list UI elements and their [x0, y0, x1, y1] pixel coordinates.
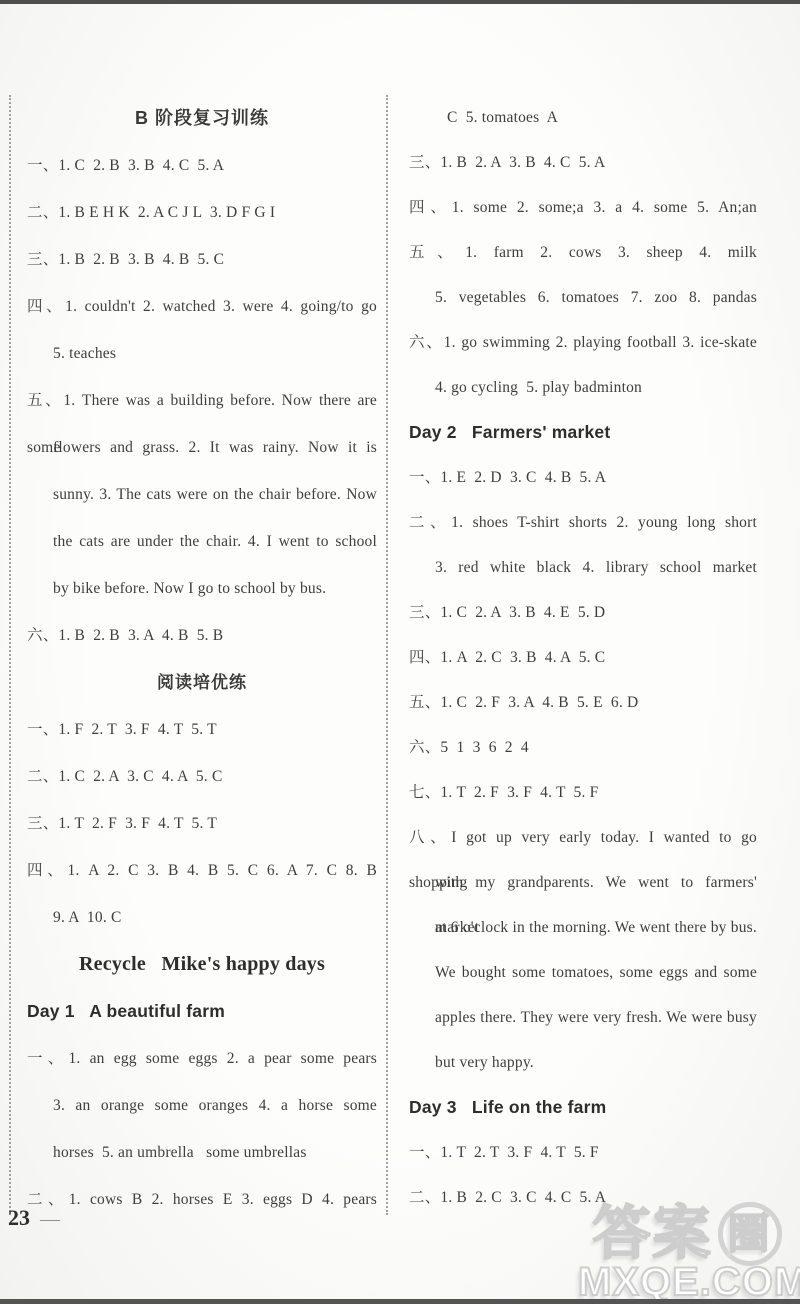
answer-line: 四、1. A 2. C 3. B 4. A 5. C — [409, 635, 757, 680]
answer-line: 三、1. B 2. B 3. B 4. B 5. C — [27, 236, 377, 283]
answer-line: 三、1. T 2. F 3. F 4. T 5. T — [27, 800, 377, 847]
answer-line: 3. an orange some oranges 4. a horse som… — [27, 1082, 377, 1129]
answer-line: at 6 o'clock in the morning. We went the… — [409, 905, 757, 950]
answer-line: 4. go cycling 5. play badminton — [409, 365, 757, 410]
section-title-reading: 阅读培优练 — [27, 659, 377, 706]
answer-line: 四、1. A 2. C 3. B 4. B 5. C 6. A 7. C 8. … — [27, 847, 377, 894]
answer-line: 5. vegetables 6. tomatoes 7. zoo 8. pand… — [409, 275, 757, 320]
recycle-heading: Recycle Mike's happy days — [27, 941, 377, 988]
page-number: 23— — [8, 1205, 59, 1231]
answer-line: 一、1. C 2. B 3. B 4. C 5. A — [27, 142, 377, 189]
answer-line: apples there. They were very fresh. We w… — [409, 995, 757, 1040]
answer-line: 二、1. C 2. A 3. C 4. A 5. C — [27, 753, 377, 800]
answer-line: with my grandparents. We went to farmers… — [409, 860, 757, 905]
answer-line: 二、1. shoes T-shirt shorts 2. young long … — [409, 500, 757, 545]
bottom-scan-bar — [0, 1299, 800, 1304]
answer-line: sunny. 3. The cats were on the chair bef… — [27, 471, 377, 518]
column-divider-dotted — [386, 95, 388, 1215]
answer-line: 五、1. C 2. F 3. A 4. B 5. E 6. D — [409, 680, 757, 725]
answer-line: 二、1. cows B 2. horses E 3. eggs D 4. pea… — [27, 1176, 377, 1223]
right-column: C 5. tomatoes A 三、1. B 2. A 3. B 4. C 5.… — [409, 95, 757, 1220]
day3-heading: Day 3 Life on the farm — [409, 1085, 757, 1130]
answer-line: 五、1. farm 2. cows 3. sheep 4. milk — [409, 230, 757, 275]
page-number-dash: — — [40, 1208, 59, 1230]
answer-line: 三、1. C 2. A 3. B 4. E 5. D — [409, 590, 757, 635]
answer-line: 三、1. B 2. A 3. B 4. C 5. A — [409, 140, 757, 185]
answer-line: 八、I got up very early today. I wanted to… — [409, 815, 757, 860]
answer-line: 一、1. F 2. T 3. F 4. T 5. T — [27, 706, 377, 753]
day1-heading: Day 1 A beautiful farm — [27, 988, 377, 1035]
answer-line: 七、1. T 2. F 3. F 4. T 5. F — [409, 770, 757, 815]
answer-line: 一、1. an egg some eggs 2. a pear some pea… — [27, 1035, 377, 1082]
answer-line: horses 5. an umbrella some umbrellas — [27, 1129, 377, 1176]
answer-line: flowers and grass. 2. It was rainy. Now … — [27, 424, 377, 471]
answer-line: 六、1. B 2. B 3. A 4. B 5. B — [27, 612, 377, 659]
answer-line: 六、5 1 3 6 2 4 — [409, 725, 757, 770]
left-column: B 阶段复习训练 一、1. C 2. B 3. B 4. C 5. A 二、1.… — [27, 95, 377, 1223]
answer-line: 3. red white black 4. library school mar… — [409, 545, 757, 590]
answer-line: 二、1. B E H K 2. A C J L 3. D F G I — [27, 189, 377, 236]
answer-line: C 5. tomatoes A — [409, 95, 757, 140]
day2-heading: Day 2 Farmers' market — [409, 410, 757, 455]
watermark-cn-text: 答案圈 — [578, 1202, 796, 1266]
watermark: 答案圈 MXQE.COM — [578, 1202, 796, 1302]
answer-line: 一、1. T 2. T 3. F 4. T 5. F — [409, 1130, 757, 1175]
answer-line: 9. A 10. C — [27, 894, 377, 941]
answer-line: 一、1. E 2. D 3. C 4. B 5. A — [409, 455, 757, 500]
page-left-dotted-border — [9, 95, 11, 1215]
top-scan-bar — [0, 0, 800, 4]
answer-line: 四、1. couldn't 2. watched 3. were 4. goin… — [27, 283, 377, 330]
answer-line: 5. teaches — [27, 330, 377, 377]
answer-line: 四、1. some 2. some;a 3. a 4. some 5. An;a… — [409, 185, 757, 230]
answer-line: the cats are under the chair. 4. I went … — [27, 518, 377, 565]
answer-line: 六、1. go swimming 2. playing football 3. … — [409, 320, 757, 365]
answer-line: but very happy. — [409, 1040, 757, 1085]
section-title-b-review: B 阶段复习训练 — [27, 95, 377, 142]
watermark-cn-chars: 答案 — [592, 1205, 712, 1263]
answer-line: by bike before. Now I go to school by bu… — [27, 565, 377, 612]
answer-line: We bought some tomatoes, some eggs and s… — [409, 950, 757, 995]
watermark-domain: MXQE.COM — [578, 1262, 796, 1302]
page-number-value: 23 — [8, 1205, 30, 1230]
watermark-circle-char: 圈 — [718, 1202, 782, 1266]
answer-line: 五、1. There was a building before. Now th… — [27, 377, 377, 424]
